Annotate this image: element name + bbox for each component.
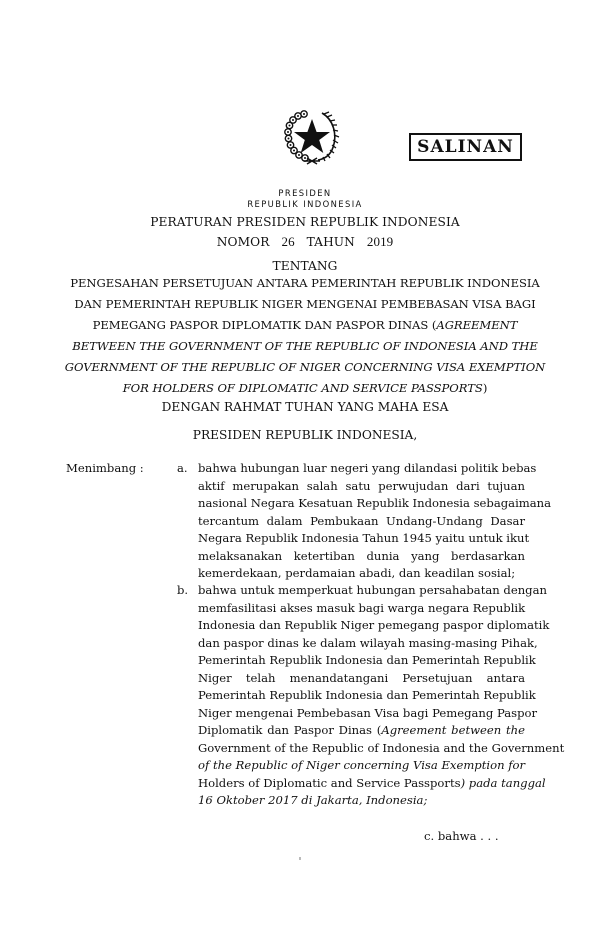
paragraph-line: bahwa untuk memperkuat hubungan persahab…	[198, 582, 525, 600]
title-line: GOVERNMENT OF THE REPUBLIC OF NIGER CONC…	[0, 357, 610, 378]
paragraph-line: melaksanakan ketertiban dunia yang berda…	[198, 548, 525, 566]
paragraph-line: of the Republic of Niger concerning Visa…	[198, 757, 525, 775]
regulation-number: NOMOR 26 TAHUN 2019	[0, 234, 610, 250]
paragraph-line: dan paspor dinas ke dalam wilayah masing…	[198, 635, 525, 653]
paragraph-line: Holders of Diplomatic and Service Passpo…	[198, 775, 525, 793]
consideration-item-a: bahwa hubungan luar negeri yang dilandas…	[198, 460, 525, 583]
consideration-item-b: bahwa untuk memperkuat hubungan persahab…	[198, 582, 525, 810]
regulation-subject-title: PENGESAHAN PERSETUJUAN ANTARA PEMERINTAH…	[0, 273, 610, 399]
paragraph-line: memfasilitasi akses masuk bagi warga neg…	[198, 600, 525, 618]
scan-speck	[299, 857, 301, 860]
letterhead-republik: REPUBLIK INDONESIA	[0, 199, 610, 209]
title-line: PEMEGANG PASPOR DIPLOMATIK DAN PASPOR DI…	[0, 315, 610, 336]
paragraph-line: Pemerintah Republik Indonesia dan Pemeri…	[198, 687, 525, 705]
paragraph-line: Indonesia dan Republik Niger pemegang pa…	[198, 617, 525, 635]
tahun-label: TAHUN	[307, 235, 355, 249]
paragraph-line: kemerdekaan, perdamaian abadi, dan keadi…	[198, 565, 525, 583]
paragraph-line: Niger telah menandatangani Persetujuan a…	[198, 670, 525, 688]
paragraph-line: Government of the Republic of Indonesia …	[198, 740, 525, 758]
salinan-stamp: SALINAN	[409, 133, 522, 161]
tahun-value: 2019	[367, 234, 393, 249]
paragraph-line: Negara Republik Indonesia Tahun 1945 yai…	[198, 530, 525, 548]
menimbang-label: Menimbang :	[66, 460, 144, 478]
title-line: BETWEEN THE GOVERNMENT OF THE REPUBLIC O…	[0, 336, 610, 357]
garuda-star-emblem-icon	[282, 106, 342, 166]
letterhead-presiden: PRESIDEN	[0, 188, 610, 198]
blessing-line: DENGAN RAHMAT TUHAN YANG MAHA ESA	[0, 400, 610, 414]
tentang-heading: TENTANG	[0, 259, 610, 273]
paragraph-line: bahwa hubungan luar negeri yang dilandas…	[198, 460, 525, 478]
paragraph-line: nasional Negara Kesatuan Republik Indone…	[198, 495, 525, 513]
item-b-letter: b.	[177, 582, 188, 600]
nomor-value: 26	[281, 234, 294, 249]
paragraph-line: tercantum dalam Pembukaan Undang-Undang …	[198, 513, 525, 531]
paragraph-line: 16 Oktober 2017 di Jakarta, Indonesia;	[198, 792, 525, 810]
page-continuation: c. bahwa . . .	[424, 828, 499, 846]
item-a-letter: a.	[177, 460, 188, 478]
regulation-title: PERATURAN PRESIDEN REPUBLIK INDONESIA	[0, 215, 610, 229]
president-line: PRESIDEN REPUBLIK INDONESIA,	[0, 428, 610, 442]
paragraph-line: Diplomatik dan Paspor Dinas (Agreement b…	[198, 722, 525, 740]
title-line: PENGESAHAN PERSETUJUAN ANTARA PEMERINTAH…	[0, 273, 610, 294]
title-line: DAN PEMERINTAH REPUBLIK NIGER MENGENAI P…	[0, 294, 610, 315]
paragraph-line: aktif merupakan salah satu perwujudan da…	[198, 478, 525, 496]
paragraph-line: Niger mengenai Pembebasan Visa bagi Peme…	[198, 705, 525, 723]
nomor-label: NOMOR	[217, 235, 270, 249]
paragraph-line: Pemerintah Republik Indonesia dan Pemeri…	[198, 652, 525, 670]
title-line: FOR HOLDERS OF DIPLOMATIC AND SERVICE PA…	[0, 378, 610, 399]
